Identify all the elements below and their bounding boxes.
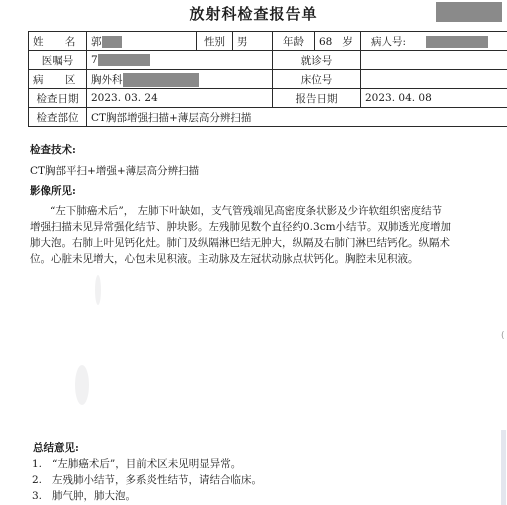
summary-item-text: 左残肺小结节，多系炎性结节，请结合临床。 — [52, 474, 262, 486]
summary-item-1: 1.“左肺癌术后”，目前术区未见明显异常。 — [32, 456, 262, 472]
redacted-name — [102, 36, 122, 48]
ward-value: 胸外科 — [87, 70, 273, 89]
findings-line-1: “左下肺癌术后”， 左肺下叶缺如，支气管残端见高密度条状影及少许软组织密度结节 — [30, 203, 507, 219]
ward-name: 胸外科 — [91, 74, 123, 86]
exam-date-value: 2023. 03. 24 — [87, 89, 273, 108]
name-value: 郭 — [87, 32, 197, 51]
findings-line-3: 肺大泡。右肺上叶见钙化灶。肺门及纵隔淋巴结无肿大，纵隔及右肺门淋巴结钙化。纵隔术 — [30, 235, 507, 251]
summary-item-number: 3. — [32, 488, 52, 504]
corner-label-partial — [448, 18, 504, 23]
age-value: 68 岁 — [315, 32, 361, 51]
findings-line-4: 位。心脏未见增大，心包未见积液。主动脉及左冠状动脉点状钙化。胸腔未见积液。 — [30, 251, 507, 267]
exam-part-label: 检查部位 — [29, 108, 87, 127]
order-no-value: 7 — [87, 51, 273, 70]
exam-date-label: 检查日期 — [29, 89, 87, 108]
table-row-exam-part: 检查部位 CT胸部增强扫描+薄层高分辨扫描 — [29, 108, 507, 127]
findings-body: “左下肺癌术后”， 左肺下叶缺如，支气管残端见高密度条状影及少许软组织密度结节 … — [30, 203, 507, 267]
patient-no-cell: 病人号: — [361, 32, 507, 51]
technique-text: CT胸部平扫+增强+薄层高分辨扫描 — [30, 163, 199, 178]
table-row-dates: 检查日期 2023. 03. 24 报告日期 2023. 04. 08 — [29, 89, 507, 108]
scroll-strip[interactable] — [501, 430, 506, 505]
report-date-label: 报告日期 — [273, 89, 361, 108]
age-label: 年龄 — [273, 32, 315, 51]
ward-label: 病 区 — [29, 70, 87, 89]
age-number: 68 — [319, 36, 332, 48]
age-unit: 岁 — [342, 36, 353, 48]
bed-no-label: 床位号 — [273, 70, 361, 89]
exam-part-value: CT胸部增强扫描+薄层高分辨扫描 — [87, 108, 507, 127]
report-date-value: 2023. 04. 08 — [361, 89, 507, 108]
patient-no-label: 病人号: — [371, 36, 406, 48]
name-label: 姓 名 — [29, 32, 87, 51]
summary-item-2: 2.左残肺小结节，多系炎性结节，请结合临床。 — [32, 472, 262, 488]
summary-heading: 总结意见: — [33, 440, 79, 455]
gender-value: 男 — [233, 32, 273, 51]
summary-item-text: “左肺癌术后”，目前术区未见明显异常。 — [52, 458, 241, 470]
document-title: 放射科检查报告单 — [0, 3, 507, 24]
technique-heading: 检查技术: — [30, 142, 76, 157]
bed-no-value — [361, 70, 507, 89]
redacted-patient-no — [426, 36, 488, 48]
table-row-order: 医嘱号 7 就诊号 — [29, 51, 507, 70]
visit-no-value — [361, 51, 507, 70]
summary-item-text: 肺气肿，肺大泡。 — [52, 490, 136, 502]
table-row-name: 姓 名 郭 性别 男 年龄 68 岁 病人号: — [29, 32, 507, 51]
order-no-label: 医嘱号 — [29, 51, 87, 70]
visit-no-label: 就诊号 — [273, 51, 361, 70]
summary-list: 1.“左肺癌术后”，目前术区未见明显异常。 2.左残肺小结节，多系炎性结节，请结… — [32, 456, 262, 504]
summary-item-3: 3.肺气肿，肺大泡。 — [32, 488, 262, 504]
redacted-ward — [123, 73, 199, 87]
findings-heading: 影像所见: — [30, 183, 76, 198]
patient-info-table: 姓 名 郭 性别 男 年龄 68 岁 病人号: 医嘱号 7 就诊号 病 区 胸外… — [28, 31, 507, 127]
redacted-order-no — [98, 54, 150, 66]
edge-partial-glyph: ( — [501, 331, 505, 341]
name-surname: 郭 — [91, 36, 102, 48]
findings-line-2: 增强扫描未见异常强化结节、肿块影。左残肺见数个直径约0.3cm小结节。双肺透光度… — [30, 219, 507, 235]
summary-item-number: 2. — [32, 472, 52, 488]
order-no-prefix: 7 — [91, 54, 98, 66]
table-row-ward: 病 区 胸外科 床位号 — [29, 70, 507, 89]
gender-label: 性别 — [197, 32, 233, 51]
summary-item-number: 1. — [32, 456, 52, 472]
paper-smudge — [95, 275, 101, 305]
paper-smudge — [75, 365, 89, 405]
